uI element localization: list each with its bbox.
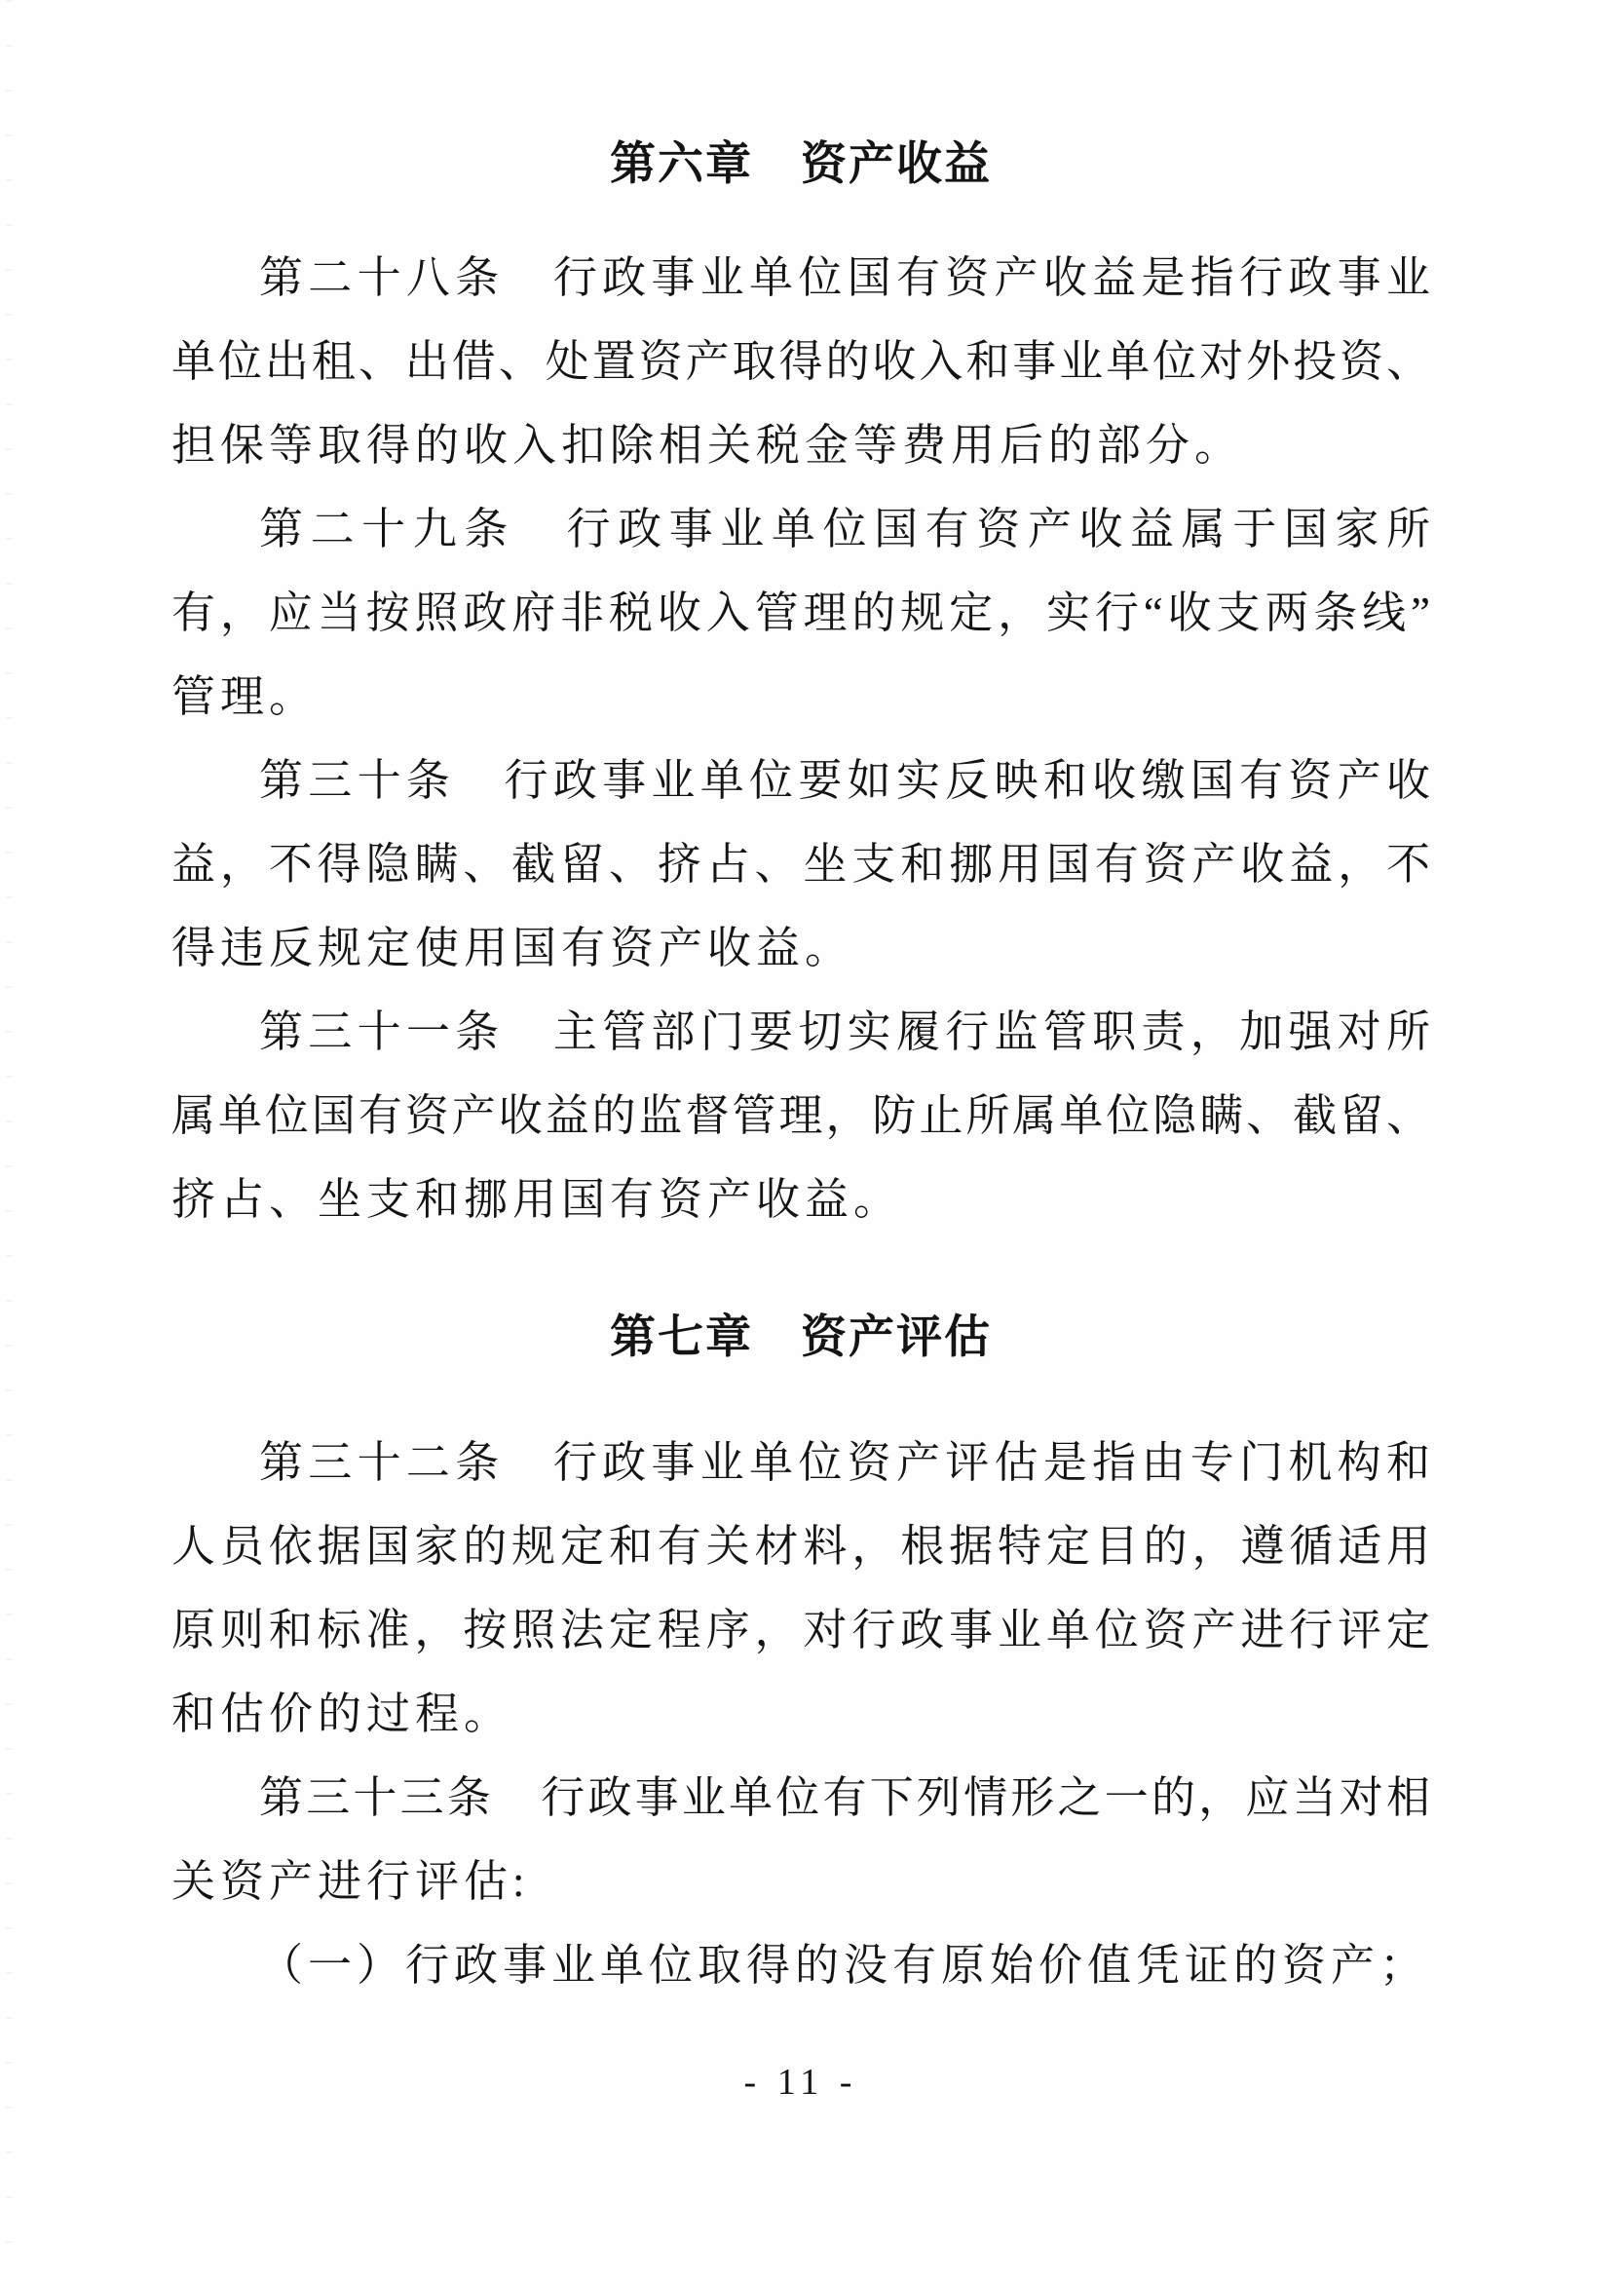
page-footer: - 11 - [171, 2040, 1430, 2124]
article-28-line-3: 担保等取得的收入扣除相关税金等费用后的部分。 [171, 403, 1430, 487]
article-31-line-1: 第三十一条 主管部门要切实履行监管职责，加强对所 [171, 990, 1430, 1074]
article-29-line-2: 有，应当按照政府非税收入管理的规定，实行“收支两条线” [171, 571, 1430, 655]
article-30-line-3: 得违反规定使用国有资产收益。 [171, 906, 1430, 990]
article-32-line-1: 第三十二条 行政事业单位资产评估是指由专门机构和 [171, 1421, 1430, 1504]
article-28-line-1: 第二十八条 行政事业单位国有资产收益是指行政事业 [171, 236, 1430, 320]
article-29-line-1: 第二十九条 行政事业单位国有资产收益属于国家所 [171, 487, 1430, 571]
article-33-item-1: （一）行政事业单位取得的没有原始价值凭证的资产； [171, 1923, 1430, 2007]
article-32-line-3: 原则和标准，按照法定程序，对行政事业单位资产进行评定 [171, 1588, 1430, 1672]
page-text-block: 第六章 资产收益 第二十八条 行政事业单位国有资产收益是指行政事业 单位出租、出… [171, 123, 1430, 2124]
chapter-7-heading: 第七章 资产评估 [171, 1296, 1430, 1380]
article-33-line-2: 关资产进行评估: [171, 1840, 1430, 1923]
page-number: - 11 - [744, 2062, 858, 2103]
article-28-line-2: 单位出租、出借、处置资产取得的收入和事业单位对外投资、 [171, 320, 1430, 403]
article-30-line-1: 第三十条 行政事业单位要如实反映和收缴国有资产收 [171, 739, 1430, 822]
article-32-line-2: 人员依据国家的规定和有关材料，根据特定目的，遵循适用 [171, 1504, 1430, 1588]
document-page: 第六章 资产收益 第二十八条 行政事业单位国有资产收益是指行政事业 单位出租、出… [0, 0, 1624, 2279]
article-31-line-3: 挤占、坐支和挪用国有资产收益。 [171, 1158, 1430, 1241]
article-33-line-1: 第三十三条 行政事业单位有下列情形之一的，应当对相 [171, 1756, 1430, 1840]
article-29-line-3: 管理。 [171, 655, 1430, 739]
chapter-6-heading: 第六章 资产收益 [171, 123, 1430, 207]
scan-noise-artifact [6, 0, 12, 2279]
article-32-line-4: 和估价的过程。 [171, 1672, 1430, 1756]
article-30-line-2: 益，不得隐瞒、截留、挤占、坐支和挪用国有资产收益，不 [171, 822, 1430, 906]
article-31-line-2: 属单位国有资产收益的监督管理，防止所属单位隐瞒、截留、 [171, 1074, 1430, 1158]
